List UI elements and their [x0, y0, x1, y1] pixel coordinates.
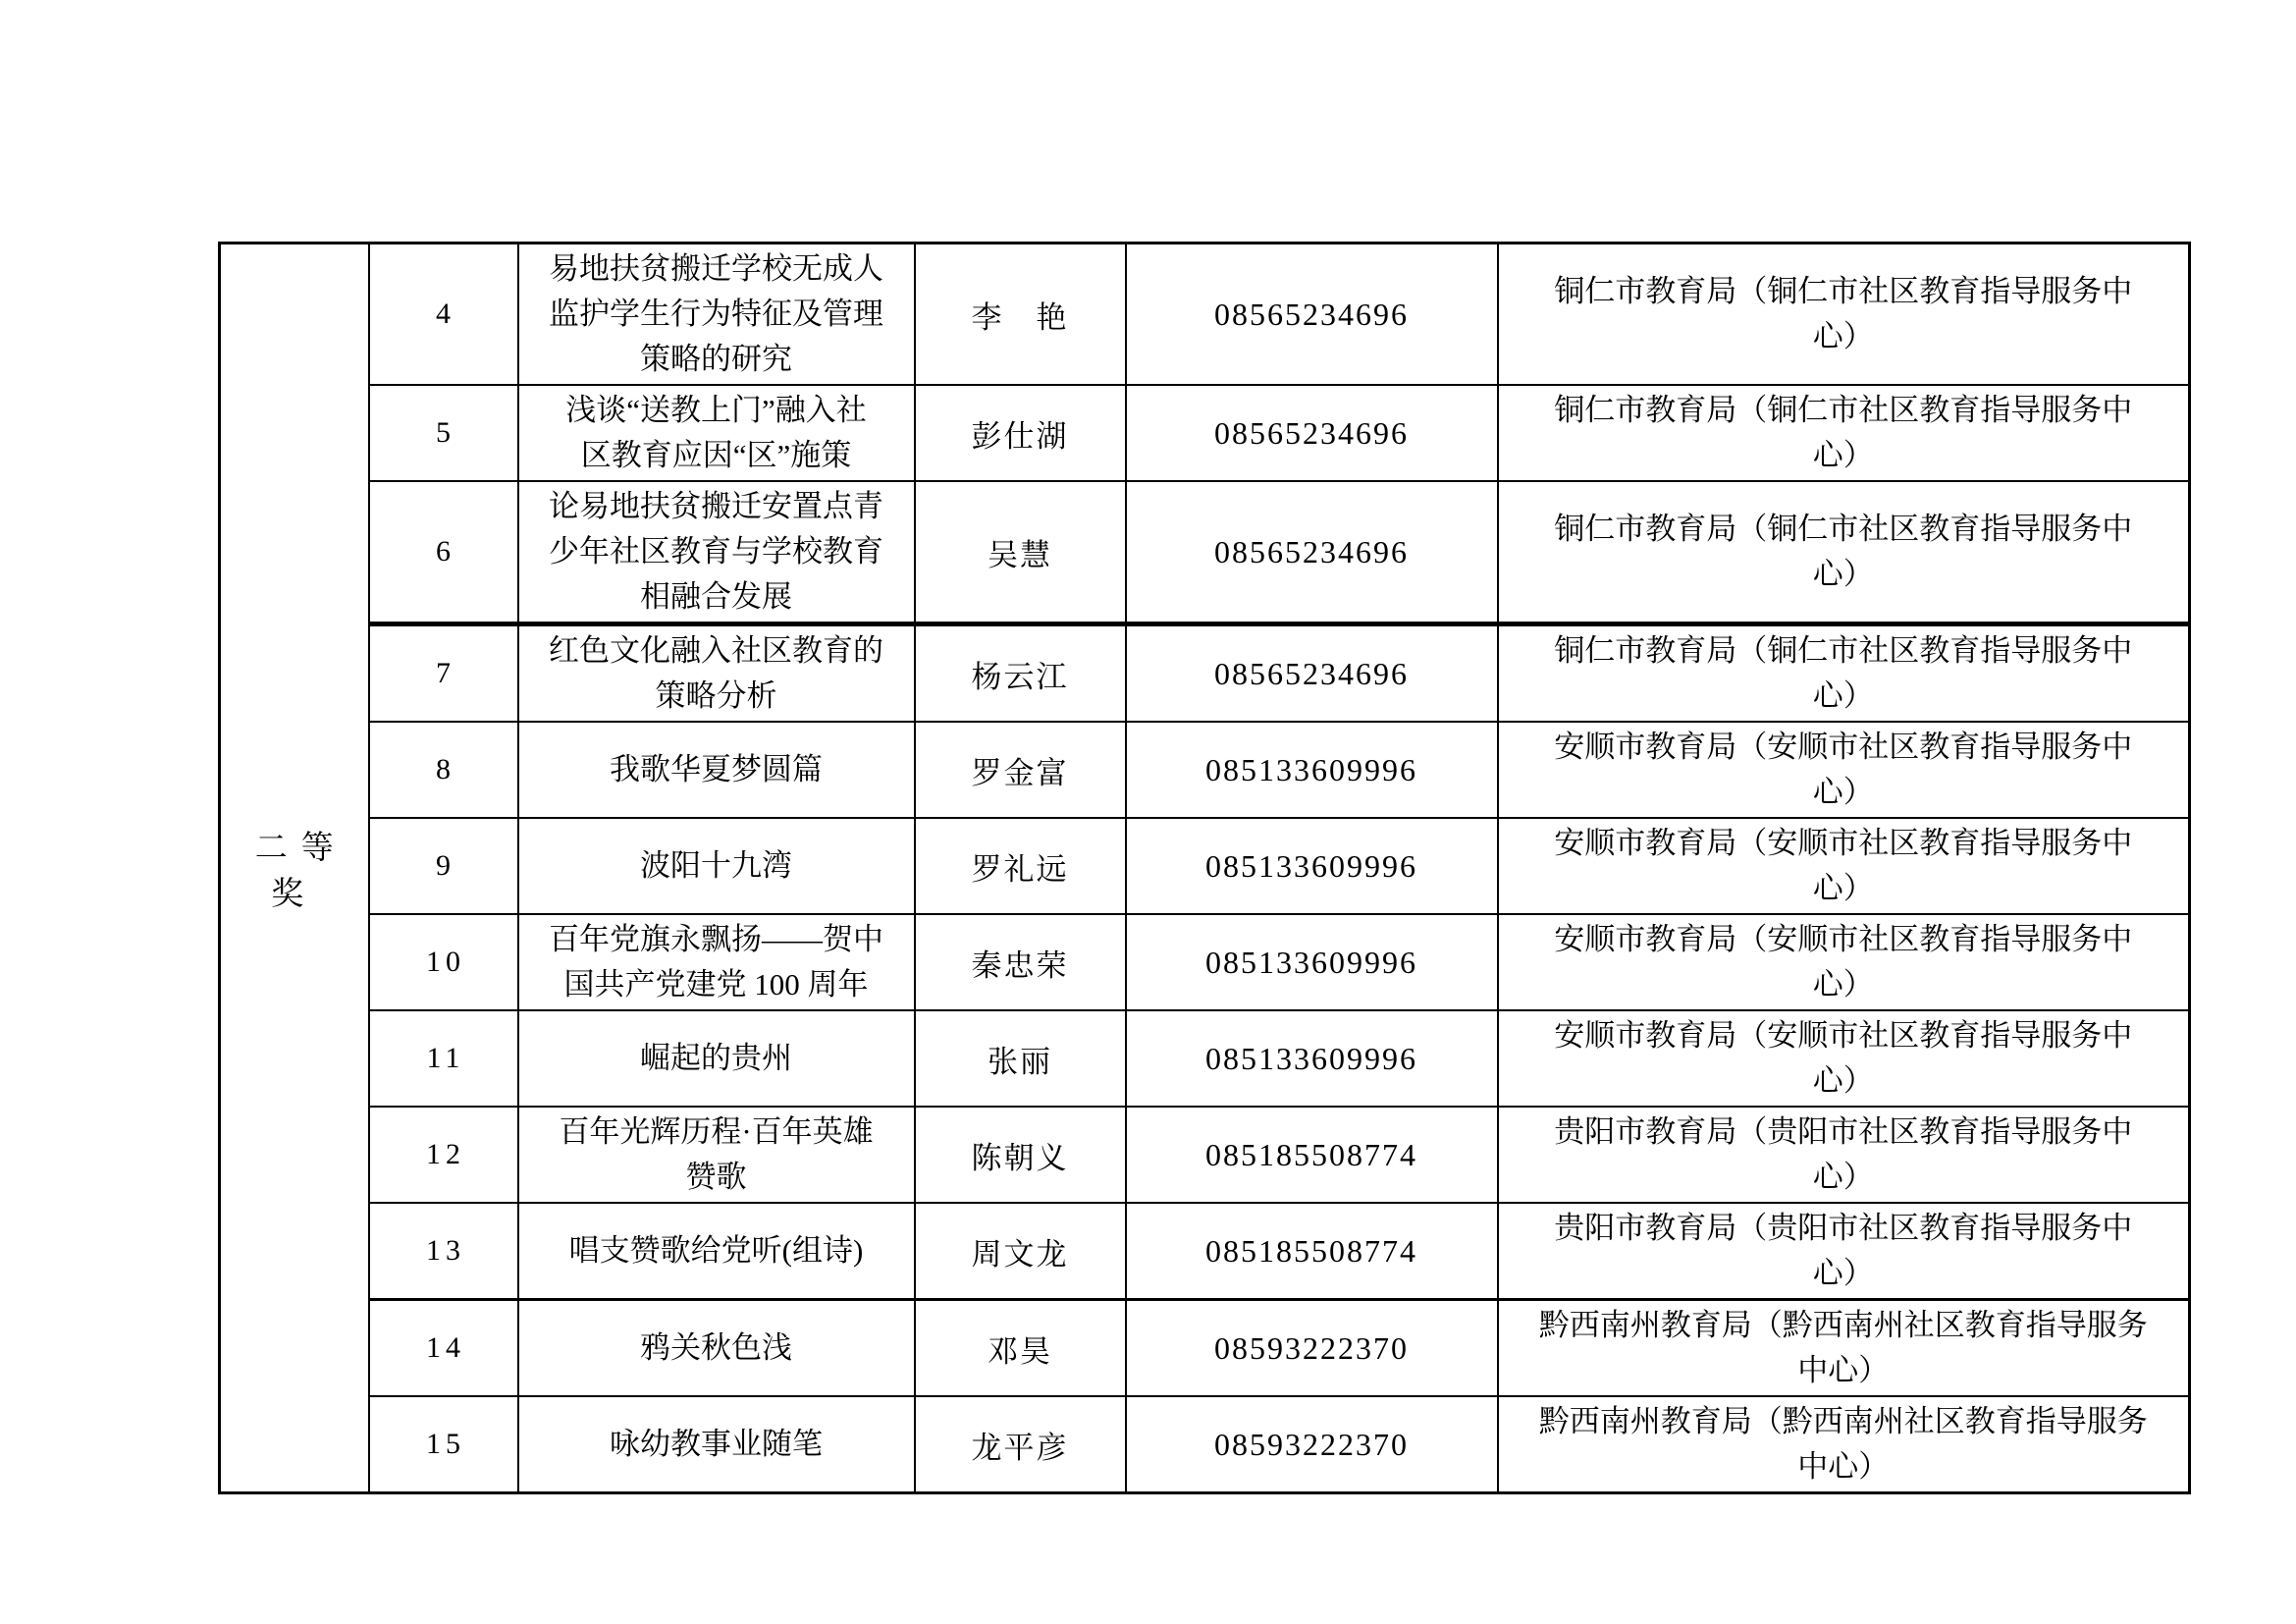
cell-phone: 08593222370	[1126, 1300, 1498, 1397]
cell-organization: 贵阳市教育局（贵阳市社区教育指导服务中 心）	[1498, 1203, 2190, 1300]
cell-title: 鸦关秋色浅	[518, 1300, 915, 1397]
cell-index: 7	[369, 624, 518, 723]
cell-index: 9	[369, 818, 518, 914]
cell-organization: 贵阳市教育局（贵阳市社区教育指导服务中 心）	[1498, 1107, 2190, 1203]
cell-author: 吴慧	[915, 481, 1126, 624]
cell-title: 浅谈“送教上门”融入社 区教育应因“区”施策	[518, 385, 915, 481]
cell-organization: 黔西南州教育局（黔西南州社区教育指导服务 中心）	[1498, 1396, 2190, 1493]
cell-phone: 085185508774	[1126, 1203, 1498, 1300]
table-row: 15 咏幼教事业随笔 龙平彦 08593222370 黔西南州教育局（黔西南州社…	[220, 1396, 2190, 1493]
table-row: 11 崛起的贵州 张丽 085133609996 安顺市教育局（安顺市社区教育指…	[220, 1010, 2190, 1107]
cell-title: 百年光辉历程·百年英雄 赞歌	[518, 1107, 915, 1203]
cell-index: 14	[369, 1300, 518, 1397]
cell-organization: 铜仁市教育局（铜仁市社区教育指导服务中 心）	[1498, 385, 2190, 481]
cell-index: 8	[369, 722, 518, 818]
cell-phone: 085133609996	[1126, 722, 1498, 818]
cell-index: 5	[369, 385, 518, 481]
cell-phone: 08565234696	[1126, 481, 1498, 624]
cell-index: 10	[369, 914, 518, 1010]
table-row: 14 鸦关秋色浅 邓昊 08593222370 黔西南州教育局（黔西南州社区教育…	[220, 1300, 2190, 1397]
cell-author: 周文龙	[915, 1203, 1126, 1300]
cell-phone: 08593222370	[1126, 1396, 1498, 1493]
cell-author: 罗礼远	[915, 818, 1126, 914]
cell-organization: 铜仁市教育局（铜仁市社区教育指导服务中 心）	[1498, 244, 2190, 386]
cell-author: 秦忠荣	[915, 914, 1126, 1010]
table-row: 13 唱支赞歌给党听(组诗) 周文龙 085185508774 贵阳市教育局（贵…	[220, 1203, 2190, 1300]
cell-organization: 黔西南州教育局（黔西南州社区教育指导服务 中心）	[1498, 1300, 2190, 1397]
table-row: 7 红色文化融入社区教育的 策略分析 杨云江 08565234696 铜仁市教育…	[220, 624, 2190, 723]
table-row: 9 波阳十九湾 罗礼远 085133609996 安顺市教育局（安顺市社区教育指…	[220, 818, 2190, 914]
cell-phone: 08565234696	[1126, 385, 1498, 481]
table-row: 6 论易地扶贫搬迁安置点青 少年社区教育与学校教育 相融合发展 吴慧 08565…	[220, 481, 2190, 624]
cell-phone: 085185508774	[1126, 1107, 1498, 1203]
table-row: 5 浅谈“送教上门”融入社 区教育应因“区”施策 彭仕湖 08565234696…	[220, 385, 2190, 481]
cell-index: 4	[369, 244, 518, 386]
document-page: 二等奖 4 易地扶贫搬迁学校无成人 监护学生行为特征及管理 策略的研究 李 艳 …	[0, 0, 2296, 1624]
cell-index: 15	[369, 1396, 518, 1493]
cell-author: 龙平彦	[915, 1396, 1126, 1493]
cell-author: 李 艳	[915, 244, 1126, 386]
cell-author: 张丽	[915, 1010, 1126, 1107]
cell-author: 杨云江	[915, 624, 1126, 723]
cell-organization: 安顺市教育局（安顺市社区教育指导服务中 心）	[1498, 722, 2190, 818]
cell-index: 6	[369, 481, 518, 624]
cell-title: 波阳十九湾	[518, 818, 915, 914]
cell-author: 陈朝义	[915, 1107, 1126, 1203]
cell-index: 11	[369, 1010, 518, 1107]
cell-title: 崛起的贵州	[518, 1010, 915, 1107]
cell-phone: 085133609996	[1126, 818, 1498, 914]
cell-title: 我歌华夏梦圆篇	[518, 722, 915, 818]
cell-phone: 085133609996	[1126, 914, 1498, 1010]
table-row: 8 我歌华夏梦圆篇 罗金富 085133609996 安顺市教育局（安顺市社区教…	[220, 722, 2190, 818]
cell-organization: 安顺市教育局（安顺市社区教育指导服务中 心）	[1498, 1010, 2190, 1107]
cell-organization: 安顺市教育局（安顺市社区教育指导服务中 心）	[1498, 818, 2190, 914]
award-group-label: 二等奖	[220, 244, 369, 1493]
cell-index: 12	[369, 1107, 518, 1203]
cell-author: 邓昊	[915, 1300, 1126, 1397]
cell-phone: 08565234696	[1126, 244, 1498, 386]
cell-title: 易地扶贫搬迁学校无成人 监护学生行为特征及管理 策略的研究	[518, 244, 915, 386]
cell-organization: 安顺市教育局（安顺市社区教育指导服务中 心）	[1498, 914, 2190, 1010]
cell-author: 罗金富	[915, 722, 1126, 818]
cell-author: 彭仕湖	[915, 385, 1126, 481]
cell-title: 红色文化融入社区教育的 策略分析	[518, 624, 915, 723]
cell-organization: 铜仁市教育局（铜仁市社区教育指导服务中 心）	[1498, 624, 2190, 723]
cell-title: 咏幼教事业随笔	[518, 1396, 915, 1493]
cell-title: 论易地扶贫搬迁安置点青 少年社区教育与学校教育 相融合发展	[518, 481, 915, 624]
table-row: 二等奖 4 易地扶贫搬迁学校无成人 监护学生行为特征及管理 策略的研究 李 艳 …	[220, 244, 2190, 386]
cell-title: 唱支赞歌给党听(组诗)	[518, 1203, 915, 1300]
cell-phone: 08565234696	[1126, 624, 1498, 723]
cell-title: 百年党旗永飘扬——贺中 国共产党建党 100 周年	[518, 914, 915, 1010]
cell-organization: 铜仁市教育局（铜仁市社区教育指导服务中 心）	[1498, 481, 2190, 624]
table-row: 12 百年光辉历程·百年英雄 赞歌 陈朝义 085185508774 贵阳市教育…	[220, 1107, 2190, 1203]
cell-phone: 085133609996	[1126, 1010, 1498, 1107]
awards-table: 二等奖 4 易地扶贫搬迁学校无成人 监护学生行为特征及管理 策略的研究 李 艳 …	[218, 242, 2191, 1494]
table-row: 10 百年党旗永飘扬——贺中 国共产党建党 100 周年 秦忠荣 0851336…	[220, 914, 2190, 1010]
cell-index: 13	[369, 1203, 518, 1300]
